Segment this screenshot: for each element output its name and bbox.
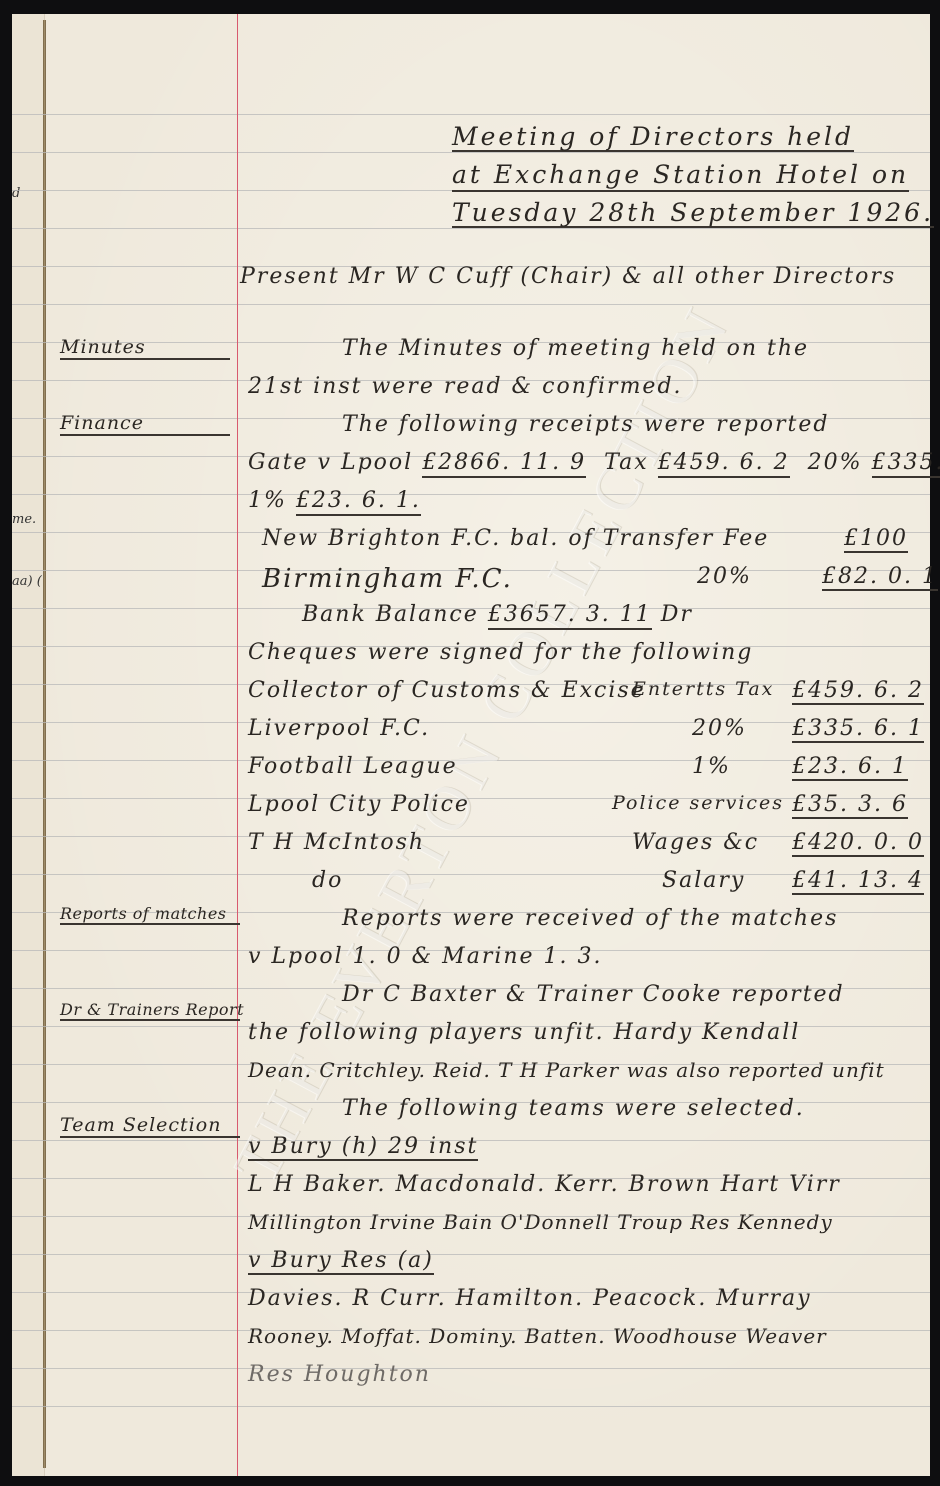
bank-balance-suffix: Dr [661,602,693,627]
tax-amount: £459. 6. 2 [658,450,790,478]
cheque-amount: £23. 6. 1 [792,756,908,781]
red-margin-line [237,14,238,1476]
heading-line-2-text: at Exchange Station Hotel on [452,160,909,192]
previous-page-edge: me. aa) ( d [12,14,45,1476]
cheque-payee: Liverpool F.C. [248,718,430,740]
new-brighton-label: New Brighton F.C. bal. of Transfer Fee [262,526,769,551]
receipts-intro: The following receipts were reported [342,414,830,436]
reports-line-2: v Lpool 1. 0 & Marine 1. 3. [248,946,603,968]
bank-balance-amount: £3657. 3. 11 [488,602,652,630]
cheque-payee: Football League [248,756,458,778]
cheque-payee: do [312,870,343,892]
bank-balance-line: Bank Balance £3657. 3. 11 Dr [302,604,693,626]
team2-line-1: Davies. R Curr. Hamilton. Peacock. Murra… [248,1288,812,1310]
cheque-amount: £335. 6. 1 [792,718,924,743]
prev-page-fragment: me. [12,512,36,527]
heading-line-2: at Exchange Station Hotel on [452,162,909,187]
pct20-amount: £335. 6. 1 [872,450,940,478]
ruled-line [12,1254,930,1255]
margin-note-dr-trainers-report: Dr & Trainers Report [60,1002,240,1021]
present-line: Present Mr W C Cuff (Chair) & all other … [240,266,896,288]
pct1-amount: £23. 6. 1. [296,488,421,516]
ruled-line [12,152,930,153]
pct1-label: 1% [248,488,287,513]
receipts-line-2: 1% £23. 6. 1. [248,490,421,512]
cheque-amount: £35. 3. 6 [792,794,908,819]
cheque-payee: Lpool City Police [248,794,470,816]
reports-line-1: Reports were received of the matches [342,908,838,930]
dr-report-line-1: Dr C Baxter & Trainer Cooke reported [342,984,845,1006]
team2-line-3: Res Houghton [248,1364,431,1386]
birmingham-amount: £82. 0. 1 [822,566,938,591]
cheque-amount: £420. 0. 0 [792,832,924,857]
birmingham-note: 20% [697,566,752,588]
receipts-line-1: Gate v Lpool £2866. 11. 9 Tax £459. 6. 2… [248,452,940,474]
cheques-intro: Cheques were signed for the following [248,642,753,664]
heading-line-3: Tuesday 28th September 1926. [452,200,934,228]
team1-line-2: Millington Irvine Bain O'Donnell Troup R… [248,1212,833,1232]
new-brighton-amount: £100 [844,528,908,553]
cheque-purpose: 1% [692,756,731,778]
cheque-payee: Collector of Customs & Excise [248,680,646,702]
cheque-purpose: Police services [612,794,784,813]
prev-page-fragment: d [12,186,20,201]
team1-line-1: L H Baker. Macdonald. Kerr. Brown Hart V… [248,1174,841,1196]
cheque-purpose: Entertts Tax [632,680,774,699]
team1-header: v Bury (h) 29 inst [248,1136,478,1161]
minutes-line-2: 21st inst were read & confirmed. [248,376,683,398]
tax-label: Tax [604,450,649,475]
bank-balance-label: Bank Balance [302,602,479,627]
margin-note-reports-of-matches: Reports of matches [60,906,240,925]
team2-line-2: Rooney. Moffat. Dominy. Batten. Woodhous… [248,1326,827,1346]
margin-note-team-selection: Team Selection [60,1116,240,1138]
pct20-label: 20% [808,450,863,475]
binding-gutter [43,20,46,1468]
prev-page-fragment: aa) ( [12,574,42,589]
cheque-purpose: Salary [662,870,745,892]
gate-amount: £2866. 11. 9 [422,450,586,478]
team-selection-intro: The following teams were selected. [342,1098,805,1120]
ruled-line [12,494,930,495]
new-brighton-line: New Brighton F.C. bal. of Transfer Fee [262,528,769,550]
dr-report-line-2: the following players unfit. Hardy Kenda… [248,1022,800,1044]
cheque-purpose: Wages &c [632,832,759,854]
ruled-line [12,1368,930,1369]
margin-note-finance: Finance [60,414,230,436]
ruled-line [12,114,930,115]
birmingham-label: Birmingham F.C. [262,566,513,592]
minutes-line-1: The Minutes of meeting held on the [342,338,809,360]
ruled-line [12,1406,930,1407]
team2-header: v Bury Res (a) [248,1250,434,1275]
cheque-amount: £41. 13. 4 [792,870,924,895]
cheque-purpose: 20% [692,718,747,740]
ruled-line [12,228,930,229]
cheque-amount: £459. 6. 2 [792,680,924,705]
heading-line-1: Meeting of Directors held [452,124,854,152]
gate-label: Gate v Lpool [248,450,413,475]
margin-note-minutes: Minutes [60,338,230,360]
dr-report-line-3: Dean. Critchley. Reid. T H Parker was al… [248,1060,885,1080]
ruled-line [12,304,930,305]
ledger-page: me. aa) ( d THE EVERTON COLLECTION Meeti… [12,14,930,1476]
watermark: THE EVERTON COLLECTION [88,313,876,1175]
cheque-payee: T H McIntosh [248,832,425,854]
